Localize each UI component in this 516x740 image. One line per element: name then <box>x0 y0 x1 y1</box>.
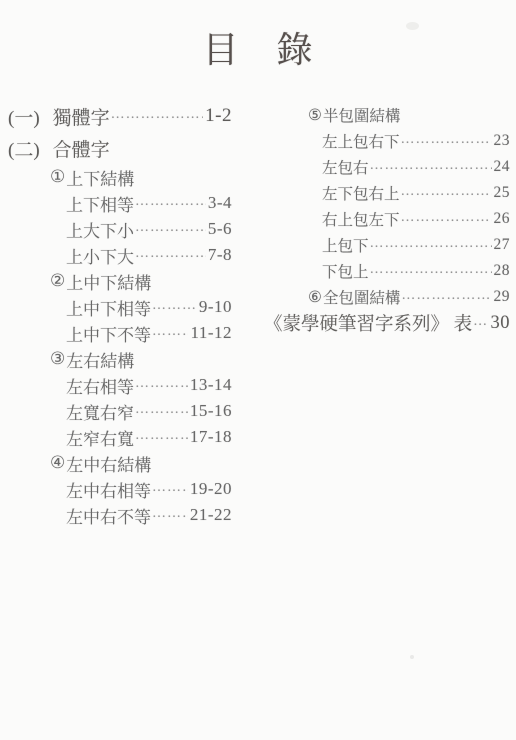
entry-label: 左下包右上 <box>322 182 400 204</box>
entry-label: 左右結構 <box>66 347 134 372</box>
entry-label: 獨體字 <box>53 103 110 130</box>
dot-leader: ……………………………………………………………………………… <box>152 506 188 522</box>
dot-leader: ……………………………………………………………………………… <box>135 376 188 392</box>
entry-label: 半包圍結構 <box>323 104 401 126</box>
entry-label: 《蒙學硬筆習字系列》 表 <box>264 310 472 336</box>
toc-entry: 下包上………………………………………………………………………………28 <box>264 258 510 284</box>
entry-number: ⑤ <box>308 106 322 125</box>
toc-entry: 上小下大………………………………………………………………………………7-8 <box>8 242 232 268</box>
toc-entry: (二)合體字 <box>8 132 232 164</box>
toc-entry: 左中右不等………………………………………………………………………………21-22 <box>8 502 232 528</box>
entry-label: 左窄右寬 <box>66 425 134 450</box>
dot-leader: ……………………………………………………………………………… <box>135 428 188 444</box>
entry-label: 上下結構 <box>66 165 134 190</box>
entry-page: 28 <box>494 262 511 280</box>
entry-page: 26 <box>494 210 511 228</box>
scanned-toc-page: { "page": { "title": "目 錄" }, "colors": … <box>0 0 516 740</box>
entry-number: ② <box>50 271 65 291</box>
entry-label: 全包圍結構 <box>323 286 401 308</box>
entry-number: ① <box>50 167 65 187</box>
toc-entry: (一)獨體字………………………………………………………………………………1-2 <box>8 100 232 132</box>
toc-entry: 上大下小………………………………………………………………………………5-6 <box>8 216 232 242</box>
entry-label: 左上包右下 <box>322 130 400 152</box>
entry-label: 右上包左下 <box>322 208 400 230</box>
dot-leader: ……………………………………………………………………………… <box>135 402 188 418</box>
dot-leader: ……………………………………………………………………………… <box>401 288 491 304</box>
entry-page: 7-8 <box>208 245 232 265</box>
dot-leader: ……………………………………………………………………………… <box>473 314 488 330</box>
scan-speck <box>410 655 414 659</box>
entry-label: 上中下相等 <box>66 295 151 320</box>
toc-entry: 上中下不等………………………………………………………………………………11-12 <box>8 320 232 346</box>
toc-entry: ①上下結構 <box>8 164 232 190</box>
entry-page: 25 <box>494 184 511 202</box>
entry-page: 21-22 <box>190 505 232 525</box>
entry-page: 11-12 <box>190 323 232 343</box>
entry-number: (一) <box>8 103 40 130</box>
entry-page: 17-18 <box>190 427 232 447</box>
entry-label: 下包上 <box>322 260 369 282</box>
entry-number: (二) <box>8 135 40 162</box>
entry-label: 上小下大 <box>66 243 134 268</box>
dot-leader: ……………………………………………………………………………… <box>152 298 197 314</box>
toc-entry: 右上包左下………………………………………………………………………………26 <box>264 206 510 232</box>
entry-page: 5-6 <box>208 219 232 239</box>
dot-leader: ……………………………………………………………………………… <box>370 236 492 252</box>
toc-entry: ④左中右結構 <box>8 450 232 476</box>
toc-entry: ⑤半包圍結構 <box>264 102 510 128</box>
entry-page: 23 <box>494 132 511 150</box>
entry-number: ④ <box>50 453 65 473</box>
page-title: 目 錄 <box>0 22 516 73</box>
entry-page: 3-4 <box>208 193 232 213</box>
toc-entry: 左寬右窄………………………………………………………………………………15-16 <box>8 398 232 424</box>
entry-label: 左中右不等 <box>66 503 151 528</box>
toc-entry: 上中下相等………………………………………………………………………………9-10 <box>8 294 232 320</box>
toc-entry: 左窄右寬………………………………………………………………………………17-18 <box>8 424 232 450</box>
entry-page: 30 <box>491 313 511 334</box>
entry-label: 左中右相等 <box>66 477 151 502</box>
entry-label: 上下相等 <box>66 191 134 216</box>
entry-page: 27 <box>494 236 511 254</box>
toc-entry: 上包下………………………………………………………………………………27 <box>264 232 510 258</box>
dot-leader: ……………………………………………………………………………… <box>135 220 206 236</box>
entry-number: ⑥ <box>308 288 322 307</box>
toc-right-column: ⑤半包圍結構左上包右下……………………………………………………………………………… <box>264 102 510 336</box>
toc-entry: 左上包右下………………………………………………………………………………23 <box>264 128 510 154</box>
toc-entry: 左下包右上………………………………………………………………………………25 <box>264 180 510 206</box>
toc-left-column: (一)獨體字………………………………………………………………………………1-2(… <box>8 100 232 528</box>
entry-page: 15-16 <box>190 401 232 421</box>
entry-page: 19-20 <box>190 479 232 499</box>
dot-leader: ……………………………………………………………………………… <box>370 158 492 174</box>
toc-entry: 上下相等………………………………………………………………………………3-4 <box>8 190 232 216</box>
scan-smudge <box>406 22 419 30</box>
toc-entry: 《蒙學硬筆習字系列》 表…………………………………………………………………………… <box>264 310 510 336</box>
toc-entry: ②上中下結構 <box>8 268 232 294</box>
dot-leader: ……………………………………………………………………………… <box>401 210 492 226</box>
dot-leader: ……………………………………………………………………………… <box>401 184 492 200</box>
entry-number: ③ <box>50 349 65 369</box>
toc-entry: ⑥全包圍結構………………………………………………………………………………29 <box>264 284 510 310</box>
entry-label: 上中下結構 <box>66 269 151 294</box>
toc-entry: ③左右結構 <box>8 346 232 372</box>
entry-label: 左右相等 <box>66 373 134 398</box>
entry-page: 24 <box>494 158 511 176</box>
entry-label: 左包右 <box>322 156 369 178</box>
entry-page: 13-14 <box>190 375 232 395</box>
dot-leader: ……………………………………………………………………………… <box>152 324 188 340</box>
dot-leader: ……………………………………………………………………………… <box>152 480 188 496</box>
entry-label: 上包下 <box>322 234 369 256</box>
entry-label: 上大下小 <box>66 217 134 242</box>
entry-label: 左中右結構 <box>66 451 151 476</box>
entry-label: 左寬右窄 <box>66 399 134 424</box>
toc-entry: 左中右相等………………………………………………………………………………19-20 <box>8 476 232 502</box>
toc-entry: 左右相等………………………………………………………………………………13-14 <box>8 372 232 398</box>
entry-label: 合體字 <box>53 135 110 162</box>
entry-page: 9-10 <box>199 297 232 317</box>
dot-leader: ……………………………………………………………………………… <box>401 132 492 148</box>
dot-leader: ……………………………………………………………………………… <box>135 194 206 210</box>
entry-page: 29 <box>494 288 511 306</box>
toc-entry: 左包右………………………………………………………………………………24 <box>264 154 510 180</box>
dot-leader: ……………………………………………………………………………… <box>111 107 204 123</box>
entry-label: 上中下不等 <box>66 321 151 346</box>
entry-page: 1-2 <box>205 105 232 127</box>
dot-leader: ……………………………………………………………………………… <box>370 262 492 278</box>
dot-leader: ……………………………………………………………………………… <box>135 246 206 262</box>
